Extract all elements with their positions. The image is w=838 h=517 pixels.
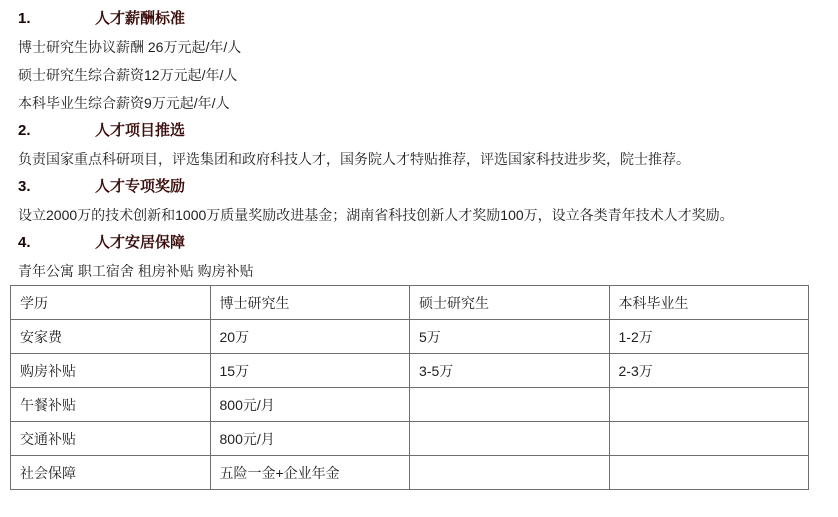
section-2-number: 2. (18, 117, 95, 145)
table-cell: 5万 (410, 320, 610, 354)
table-cell: 800元/月 (210, 422, 410, 456)
table-header-row: 学历 博士研究生 硕士研究生 本科毕业生 (11, 286, 809, 320)
document-body: 1.人才薪酬标准 博士研究生协议薪酬 26万元起/年/人 硕士研究生综合薪资12… (10, 5, 828, 490)
document-page: 1.人才薪酬标准 博士研究生协议薪酬 26万元起/年/人 硕士研究生综合薪资12… (0, 0, 838, 517)
section-1-heading: 1.人才薪酬标准 (10, 5, 828, 33)
table-cell: 2-3万 (609, 354, 809, 388)
section-4-title: 人才安居保障 (95, 234, 185, 251)
table-row-housing-subsidy: 购房补贴 15万 3-5万 2-3万 (11, 354, 809, 388)
section-4-line-1: 青年公寓 职工宿舍 租房补贴 购房补贴 (10, 257, 828, 285)
table-cell: 五险一金+企业年金 (210, 456, 410, 490)
header-cell-phd: 博士研究生 (210, 286, 410, 320)
header-cell-master: 硕士研究生 (410, 286, 610, 320)
table-cell: 20万 (210, 320, 410, 354)
header-cell-education: 学历 (11, 286, 211, 320)
row-label: 安家费 (11, 320, 211, 354)
section-2-heading: 2.人才项目推选 (10, 117, 828, 145)
section-1-line-2: 硕士研究生综合薪资12万元起/年/人 (10, 61, 828, 89)
section-3-line-1: 设立2000万的技术创新和1000万质量奖励改进基金；湖南省科技创新人才奖励10… (10, 201, 828, 229)
section-2-title: 人才项目推选 (95, 122, 185, 139)
table-row-settling-allowance: 安家费 20万 5万 1-2万 (11, 320, 809, 354)
table-cell (410, 456, 610, 490)
table-row-social-security: 社会保障 五险一金+企业年金 (11, 456, 809, 490)
section-3-heading: 3.人才专项奖励 (10, 173, 828, 201)
section-1-line-3: 本科毕业生综合薪资9万元起/年/人 (10, 89, 828, 117)
row-label: 交通补贴 (11, 422, 211, 456)
section-4-number: 4. (18, 229, 95, 257)
section-3-title: 人才专项奖励 (95, 178, 185, 195)
table-row-transport-subsidy: 交通补贴 800元/月 (11, 422, 809, 456)
table-cell (609, 456, 809, 490)
table-cell (410, 422, 610, 456)
table-cell (609, 388, 809, 422)
row-label: 午餐补贴 (11, 388, 211, 422)
row-label: 购房补贴 (11, 354, 211, 388)
section-3-number: 3. (18, 173, 95, 201)
section-1-line-1: 博士研究生协议薪酬 26万元起/年/人 (10, 33, 828, 61)
section-2-line-1: 负责国家重点科研项目，评选集团和政府科技人才，国务院人才特贴推荐，评选国家科技进… (10, 145, 828, 173)
section-1-number: 1. (18, 5, 95, 33)
table-cell: 800元/月 (210, 388, 410, 422)
table-row-lunch-subsidy: 午餐补贴 800元/月 (11, 388, 809, 422)
benefits-table: 学历 博士研究生 硕士研究生 本科毕业生 安家费 20万 5万 1-2万 购房补… (10, 285, 809, 490)
table-cell (410, 388, 610, 422)
table-cell: 3-5万 (410, 354, 610, 388)
section-4-heading: 4.人才安居保障 (10, 229, 828, 257)
table-cell: 15万 (210, 354, 410, 388)
section-1-title: 人才薪酬标准 (95, 10, 185, 27)
header-cell-bachelor: 本科毕业生 (609, 286, 809, 320)
table-cell (609, 422, 809, 456)
table-cell: 1-2万 (609, 320, 809, 354)
row-label: 社会保障 (11, 456, 211, 490)
